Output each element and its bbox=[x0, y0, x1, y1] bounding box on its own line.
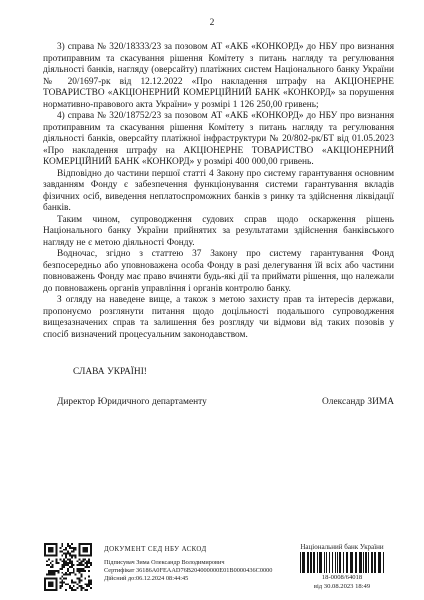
paragraph-law-article-4: Відповідно до частини першої статті 4 За… bbox=[43, 169, 394, 215]
paragraph-case-4: 4) справа № 320/18752/23 за позовом АТ «… bbox=[43, 111, 394, 169]
registration-date: від 30.08.2023 18:49 bbox=[290, 583, 394, 592]
barcode-icon bbox=[300, 552, 384, 573]
qr-code-icon bbox=[44, 543, 92, 591]
signature-stamp-text: ДОКУМЕНТ СЕД НБУ АСКОД Підписувач Зима О… bbox=[104, 543, 290, 583]
registration-stamp: Національний банк України 18-0008/64018 … bbox=[290, 543, 394, 592]
paragraph-law-article-37: Водночас, згідно з статтею 37 Закону про… bbox=[43, 249, 394, 295]
sed-system-label: ДОКУМЕНТ СЕД НБУ АСКОД bbox=[104, 546, 290, 554]
paragraph-proposal: З огляду на наведене вище, а також з мет… bbox=[43, 295, 394, 341]
signer-position: Директор Юридичного департаменту bbox=[43, 397, 207, 409]
signer-line: Підписувач Зима Олександр Володимирович bbox=[104, 559, 290, 567]
document-body: 3) справа № 320/18333/23 за позовом АТ «… bbox=[43, 42, 394, 408]
paragraph-conclusion: Таким чином, супроводження судових справ… bbox=[43, 215, 394, 250]
page-number: 2 bbox=[0, 18, 424, 28]
validity-line: Дійсний до:06.12.2024 08:44:45 bbox=[104, 575, 290, 583]
paragraph-case-3: 3) справа № 320/18333/23 за позовом АТ «… bbox=[43, 42, 394, 111]
closing-salute: СЛАВА УКРАЇНІ! bbox=[43, 367, 394, 379]
registration-number: 18-0008/64018 bbox=[290, 574, 394, 583]
electronic-signature-footer: ДОКУМЕНТ СЕД НБУ АСКОД Підписувач Зима О… bbox=[44, 543, 394, 592]
document-page: 2 3) справа № 320/18333/23 за позовом АТ… bbox=[0, 0, 424, 600]
certificate-line: Сертифікат 36186A0FEAAD76B204000000E01B0… bbox=[104, 567, 290, 575]
signer-name: Олександр ЗИМА bbox=[322, 397, 394, 409]
organization-name: Національний банк України bbox=[290, 543, 394, 552]
signature-row: Директор Юридичного департаменту Олексан… bbox=[43, 397, 394, 409]
